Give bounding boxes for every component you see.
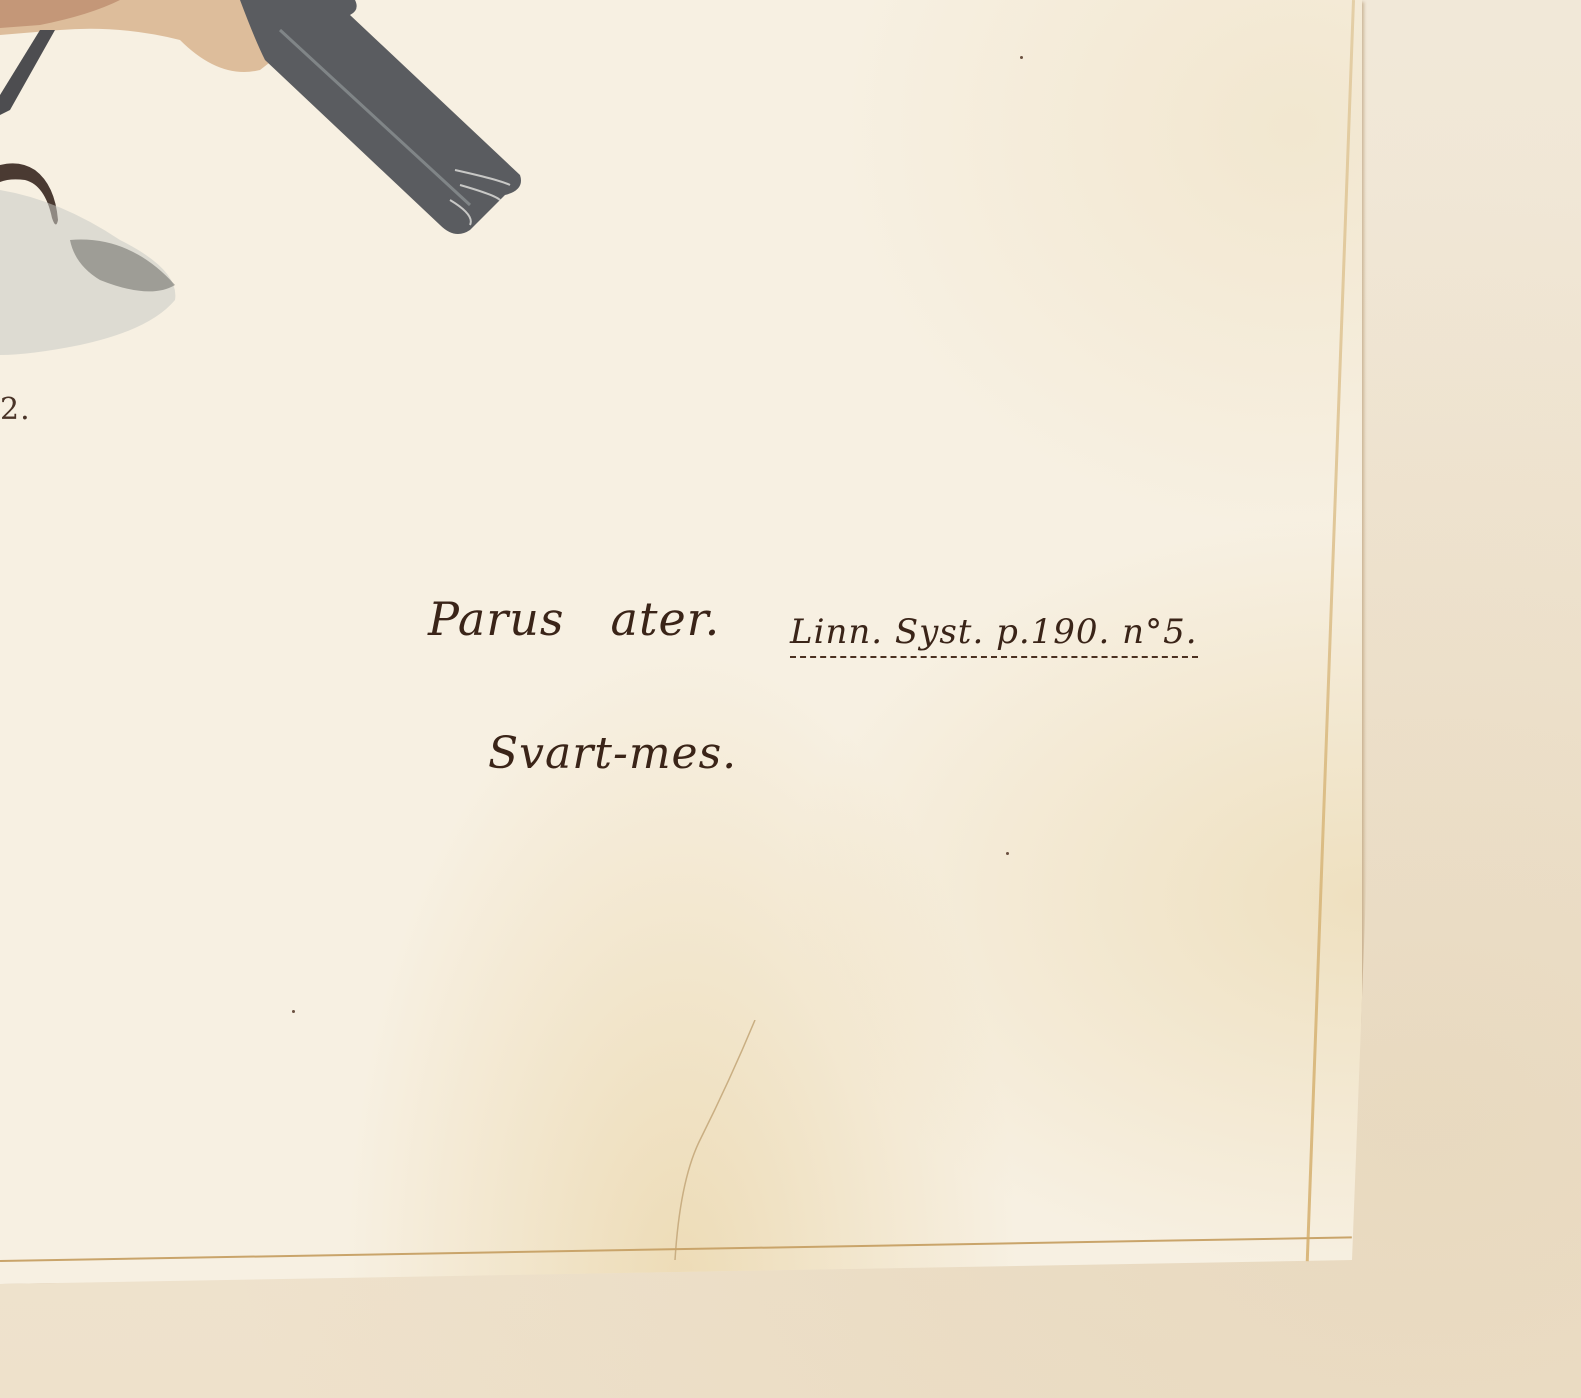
scientific-name: Parusater.	[428, 592, 720, 646]
common-name: Svart-mes.	[488, 728, 737, 779]
foxing-spot	[292, 1010, 295, 1013]
species-epithet: ater.	[611, 592, 721, 646]
genus-name: Parus	[428, 592, 565, 646]
bird-illustration	[0, 0, 540, 380]
foxing-spot	[1020, 56, 1023, 59]
linnaeus-reference: Linn. Syst. p.190. n°5.	[790, 612, 1198, 658]
paper-crease	[660, 1020, 760, 1260]
figure-number: 2.	[0, 392, 31, 427]
print-paper: 2. Parusater. Linn. Syst. p.190. n°5. Sv…	[0, 0, 1362, 1284]
foxing-spot	[1006, 852, 1009, 855]
